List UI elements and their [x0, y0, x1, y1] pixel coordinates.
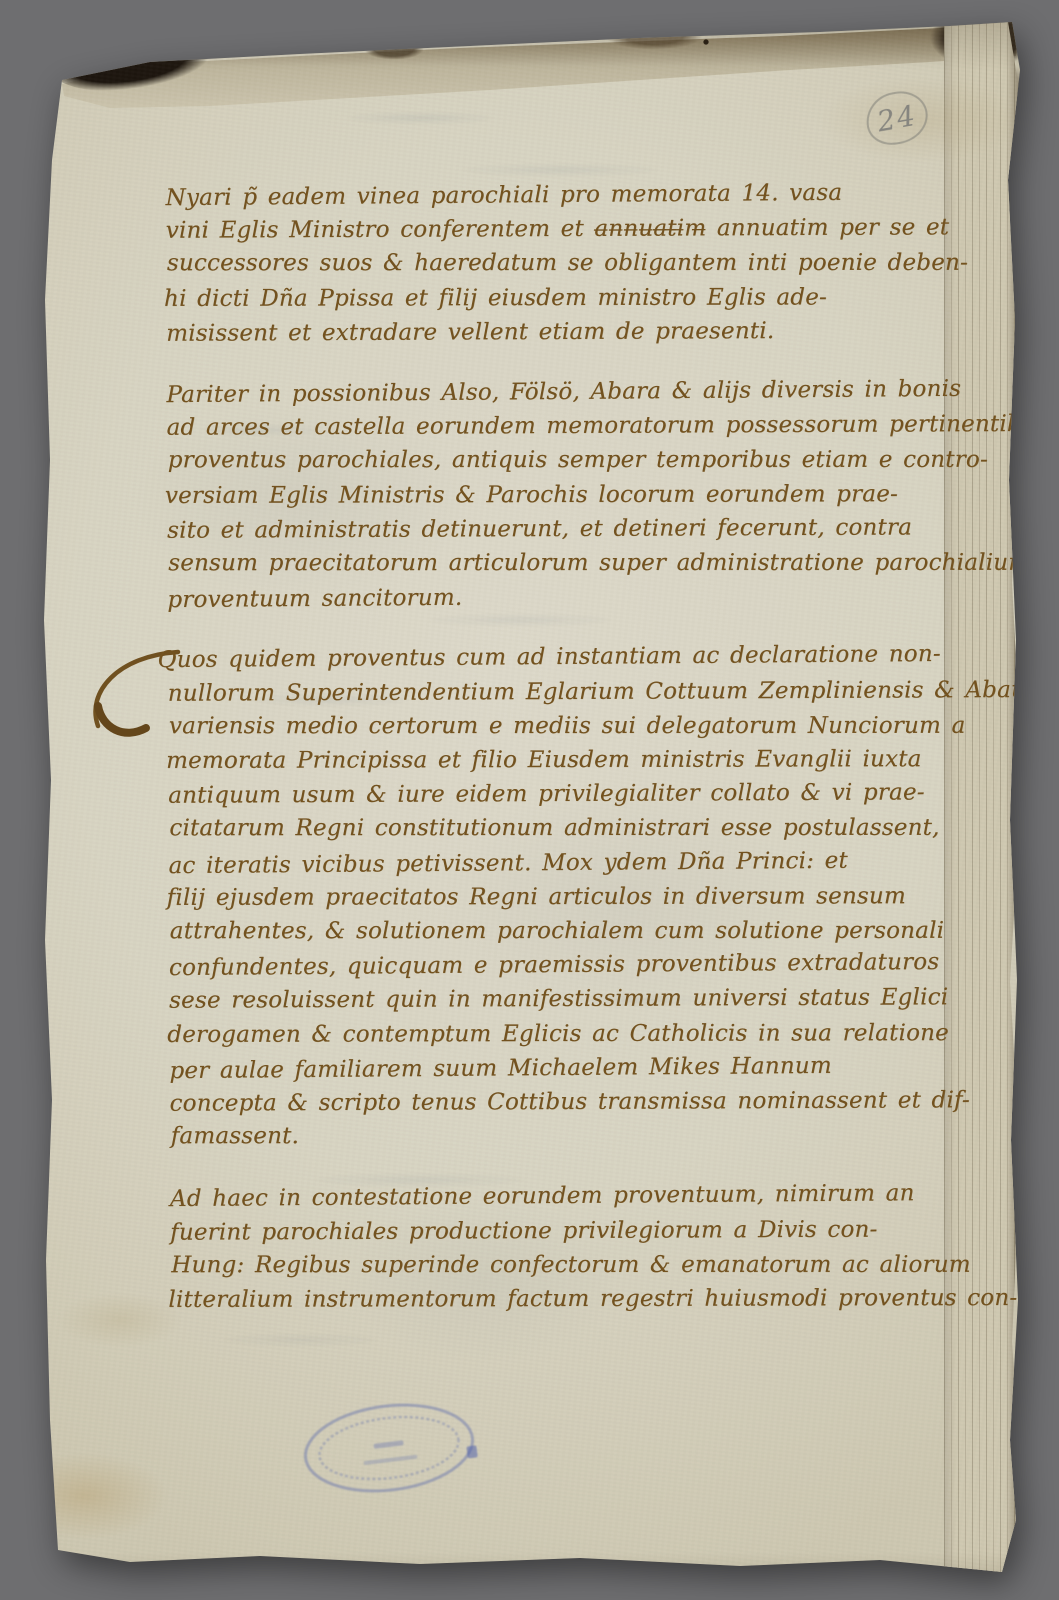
paragraph: Pariter in possionibus Also, Fölsö, Abar…	[166, 373, 949, 616]
manuscript-line: Quos quidem proventus cum ad instantiam …	[157, 637, 949, 677]
paragraph: Nyari p̃ eadem vinea parochiali pro memo…	[166, 176, 949, 350]
manuscript-line: sensum praecitatorum articulorum super a…	[168, 546, 950, 581]
manuscript-line: famassent.	[171, 1119, 953, 1154]
manuscript-line: ac iteratis vicibus petivissent. Mox yde…	[168, 843, 950, 883]
manuscript-line: sito et administratis detinuerunt, et de…	[167, 510, 949, 548]
manuscript-line: proventuum sancitorum.	[167, 577, 949, 617]
manuscript-text: Nyari p̃ eadem vinea parochiali pro memo…	[166, 176, 953, 1318]
paragraph: Quos quidem proventus cum ad instantiam …	[168, 639, 952, 1155]
manuscript-line: ad arces et castella eorundem memoratoru…	[167, 408, 949, 446]
manuscript-line: hi dicti Dña Ppissa et filij eiusdem min…	[164, 280, 946, 316]
manuscript-scan: 24 Nyari p̃ eadem vinea parochiali pro m…	[0, 0, 1059, 1600]
manuscript-line: confundentes, quicquam e praemissis prov…	[169, 945, 951, 985]
manuscript-line: Nyari p̃ eadem vinea parochiali pro memo…	[165, 175, 947, 215]
manuscript-line: nullorum Superintendentium Eglarium Cott…	[168, 673, 950, 711]
manuscript-line: memorata Principissa et filio Eiusdem mi…	[166, 742, 948, 778]
manuscript-line: variensis medio certorum e mediis sui de…	[169, 709, 951, 744]
manuscript-line: per aulae familiarem suum Michaelem Mike…	[169, 1048, 951, 1088]
manuscript-line: versiam Eglis Ministris & Parochis locor…	[165, 477, 947, 513]
page-number: 24	[862, 87, 932, 149]
manuscript-line: misissent et extradare vellent etiam de …	[166, 313, 948, 351]
manuscript-line: litteralium instrumentorum factum regest…	[168, 1281, 950, 1317]
manuscript-line: Hung: Regibus superinde confectorum & em…	[171, 1248, 953, 1283]
manuscript-line: sese resoluissent quin in manifestissimu…	[169, 981, 951, 1019]
manuscript-line: successores suos & haeredatum se obligan…	[167, 246, 949, 281]
manuscript-line: proventus parochiales, antiquis semper t…	[168, 443, 950, 478]
archive-stamp	[290, 1385, 487, 1511]
manuscript-line: concepta & scripto tenus Cottibus transm…	[169, 1083, 951, 1121]
manuscript-page: 24 Nyari p̃ eadem vinea parochiali pro m…	[0, 0, 1059, 1600]
page-wrapper: 24 Nyari p̃ eadem vinea parochiali pro m…	[0, 0, 1059, 1600]
manuscript-line: attrahentes, & solutionem parochialem cu…	[170, 914, 952, 949]
manuscript-line: antiquum usum & iure eidem privilegialit…	[168, 776, 950, 814]
manuscript-line: Pariter in possionibus Also, Fölsö, Abar…	[166, 372, 948, 412]
manuscript-line: derogamen & contemptum Eglicis ac Cathol…	[167, 1016, 949, 1052]
paragraph: Ad haec in contestatione eorundem proven…	[170, 1178, 953, 1318]
manuscript-line: Ad haec in contestatione eorundem proven…	[170, 1176, 952, 1216]
manuscript-line: vini Eglis Ministro conferentem et a̶n̶n…	[166, 211, 948, 249]
manuscript-line: filij ejusdem praecitatos Regni articulo…	[167, 879, 949, 915]
manuscript-line: citatarum Regni constitutionum administr…	[169, 811, 951, 846]
manuscript-line: fuerint parochiales productione privileg…	[170, 1212, 952, 1250]
